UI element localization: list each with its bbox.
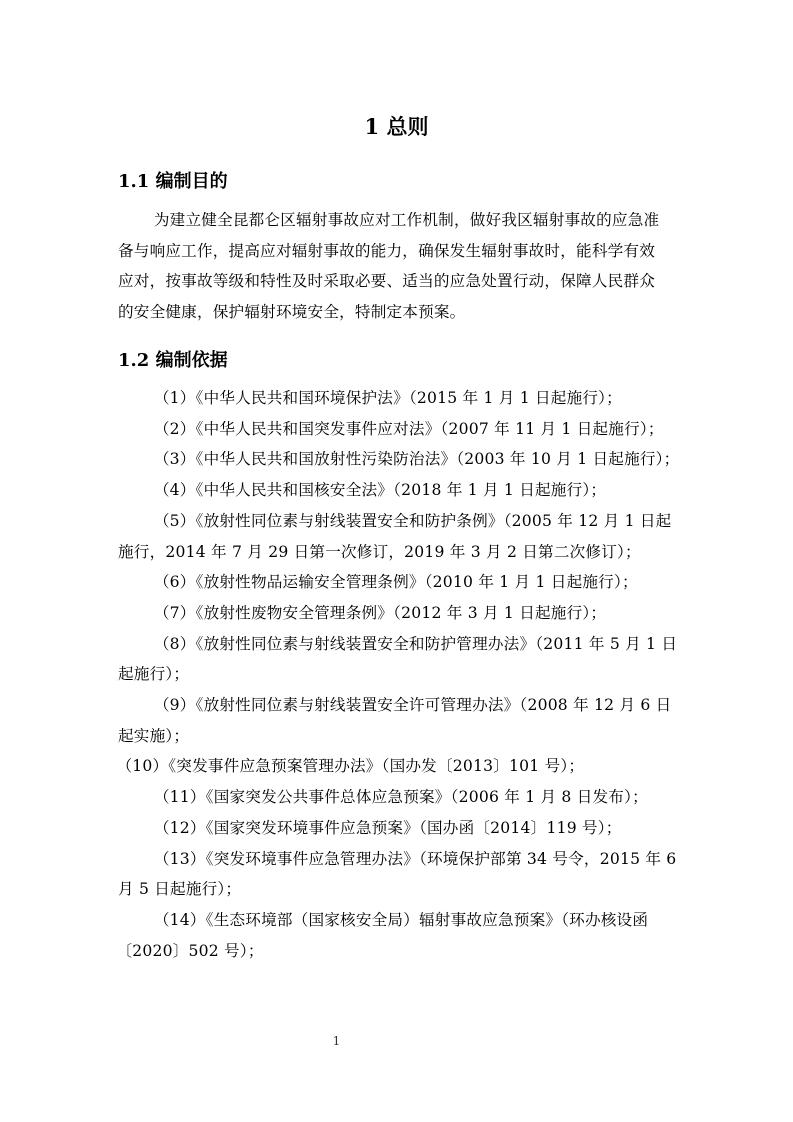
list-item: （1）《中华人民共和国环境保护法》（2015 年 1 月 1 日起施行）； <box>118 383 680 414</box>
list-item-continuation: 〔2020〕502 号）； <box>118 936 680 967</box>
list-item: （5）《放射性同位素与射线装置安全和防护条例》（2005 年 12 月 1 日起 <box>118 506 680 537</box>
paragraph-line: 的安全健康，保护辐射环境安全，特制定本预案。 <box>118 297 680 328</box>
chapter-title: 1 总则 <box>0 112 793 142</box>
document-page: 1 总则 1.1 编制目的 为建立健全昆都仑区辐射事故应对工作机制，做好我区辐射… <box>0 0 793 1122</box>
list-item-continuation: 起实施）； <box>118 721 680 752</box>
section-heading-basis: 1.2 编制依据 <box>118 348 228 374</box>
paragraph-line: 应对，按事故等级和特性及时采取必要、适当的应急处置行动，保障人民群众 <box>118 266 680 297</box>
list-item: （14）《生态环境部（国家核安全局）辐射事故应急预案》（环办核设函 <box>118 905 680 936</box>
paragraph-line: 备与响应工作，提高应对辐射事故的能力，确保发生辐射事故时，能科学有效 <box>118 236 680 267</box>
list-item: （7）《放射性废物安全管理条例》（2012 年 3 月 1 日起施行）； <box>118 598 680 629</box>
list-item: （3）《中华人民共和国放射性污染防治法》（2003 年 10 月 1 日起施行）… <box>118 444 680 475</box>
list-item: （2）《中华人民共和国突发事件应对法》（2007 年 11 月 1 日起施行）； <box>118 414 680 445</box>
list-item: （4）《中华人民共和国核安全法》（2018 年 1 月 1 日起施行）； <box>118 475 680 506</box>
list-item: （11）《国家突发公共事件总体应急预案》（2006 年 1 月 8 日发布）； <box>118 782 680 813</box>
basis-list: （1）《中华人民共和国环境保护法》（2015 年 1 月 1 日起施行）； （2… <box>118 383 680 966</box>
list-item: （6）《放射性物品运输安全管理条例》（2010 年 1 月 1 日起施行）； <box>118 567 680 598</box>
list-item: （10）《突发事件应急预案管理办法》（国办发〔2013〕101 号）； <box>118 751 680 782</box>
page-number: 1 <box>0 1034 673 1048</box>
list-item: （8）《放射性同位素与射线装置安全和防护管理办法》（2011 年 5 月 1 日 <box>118 629 680 660</box>
paragraph-line: 为建立健全昆都仑区辐射事故应对工作机制，做好我区辐射事故的应急准 <box>118 205 680 236</box>
section-heading-purpose: 1.1 编制目的 <box>118 169 228 195</box>
list-item: （12）《国家突发环境事件应急预案》（国办函〔2014〕119 号）； <box>118 813 680 844</box>
list-item: （9）《放射性同位素与射线装置安全许可管理办法》（2008 年 12 月 6 日 <box>118 690 680 721</box>
list-item-continuation: 施行，2014 年 7 月 29 日第一次修订，2019 年 3 月 2 日第二… <box>118 537 680 568</box>
list-item-continuation: 起施行）； <box>118 659 680 690</box>
list-item: （13）《突发环境事件应急管理办法》（环境保护部第 34 号令，2015 年 6 <box>118 844 680 875</box>
purpose-paragraph: 为建立健全昆都仑区辐射事故应对工作机制，做好我区辐射事故的应急准 备与响应工作，… <box>118 205 680 328</box>
list-item-continuation: 月 5 日起施行）； <box>118 874 680 905</box>
